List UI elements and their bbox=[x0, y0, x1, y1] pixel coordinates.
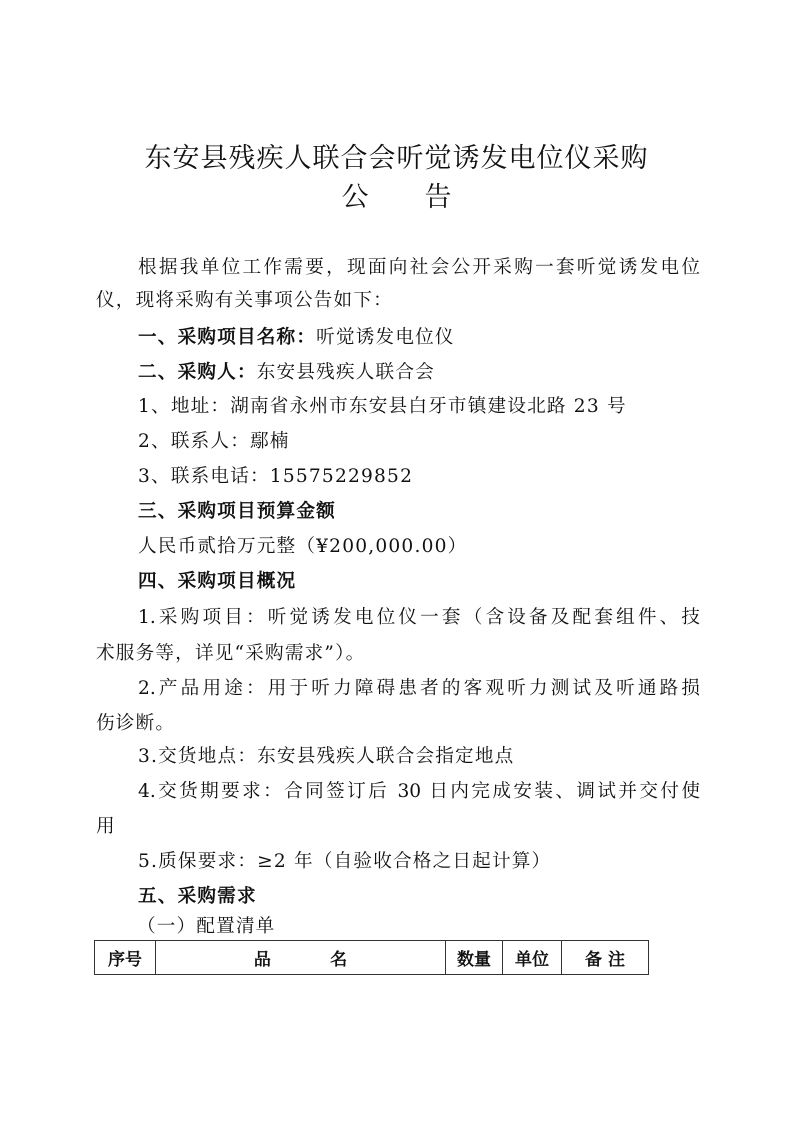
section-1-value: 听觉诱发电位仪 bbox=[316, 327, 455, 348]
page-title: 东安县残疾人联合会听觉诱发电位仪采购 bbox=[0, 136, 793, 175]
intro-paragraph-line1: 根据我单位工作需要，现面向社会公开采购一套听觉诱发电位 bbox=[138, 259, 700, 278]
intro-paragraph-line2: 仪，现将采购有关事项公告如下： bbox=[96, 292, 700, 311]
purchaser-phone: 3、联系电话：15575229852 bbox=[138, 468, 742, 487]
table-header-row: 序号 品 名 数量 单位 备 注 bbox=[95, 941, 649, 975]
overview-item-1-line2: 术服务等，详见“采购需求”）。 bbox=[96, 645, 700, 664]
section-1-heading: 一、采购项目名称： bbox=[138, 327, 316, 348]
overview-item-1-line1: 1.采购项目：听觉诱发电位仪一套（含设备及配套组件、技 bbox=[138, 609, 700, 628]
purchaser-contact: 2、联系人：鄢楠 bbox=[138, 433, 742, 452]
title-char-1: 公 bbox=[342, 175, 369, 214]
overview-item-4-line1: 4.交货期要求：合同签订后 30 日内完成安装、调试并交付使 bbox=[138, 783, 700, 802]
config-list-table: 序号 品 名 数量 单位 备 注 bbox=[94, 940, 649, 975]
overview-item-5: 5.质保要求：≥2 年（自验收合格之日起计算） bbox=[138, 853, 742, 872]
col-header-item-name: 品 名 bbox=[156, 941, 446, 975]
overview-item-2-line1: 2.产品用途：用于听力障碍患者的客观听力测试及听通路损 bbox=[138, 680, 700, 699]
item-name-label: 品 名 bbox=[254, 945, 347, 970]
purchaser-address: 1、地址：湖南省永州市东安县白牙市镇建设北路 23 号 bbox=[138, 398, 742, 417]
section-2-value: 东安县残疾人联合会 bbox=[257, 362, 435, 383]
col-header-quantity: 数量 bbox=[446, 941, 503, 975]
overview-item-4-line2: 用 bbox=[96, 818, 700, 837]
col-header-unit: 单位 bbox=[503, 941, 562, 975]
col-header-remarks: 备 注 bbox=[562, 941, 649, 975]
section-3-heading: 三、采购项目预算金额 bbox=[138, 503, 742, 522]
section-2-heading: 二、采购人： bbox=[138, 362, 257, 383]
section-1: 一、采购项目名称：听觉诱发电位仪 bbox=[138, 329, 742, 348]
budget-amount: 人民币贰拾万元整（¥200,000.00） bbox=[138, 538, 742, 557]
col-header-serial: 序号 bbox=[95, 941, 156, 975]
section-5-heading: 五、采购需求 bbox=[138, 888, 742, 907]
section-4-heading: 四、采购项目概况 bbox=[138, 573, 742, 592]
overview-item-2-line2: 伤诊断。 bbox=[96, 715, 700, 734]
subsection-config-list: （一）配置清单 bbox=[137, 918, 741, 937]
overview-item-3: 3.交货地点：东安县残疾人联合会指定地点 bbox=[138, 748, 742, 767]
section-2: 二、采购人：东安县残疾人联合会 bbox=[138, 364, 742, 383]
page-title-notice: 公告 bbox=[0, 175, 793, 214]
title-char-2: 告 bbox=[425, 175, 452, 214]
